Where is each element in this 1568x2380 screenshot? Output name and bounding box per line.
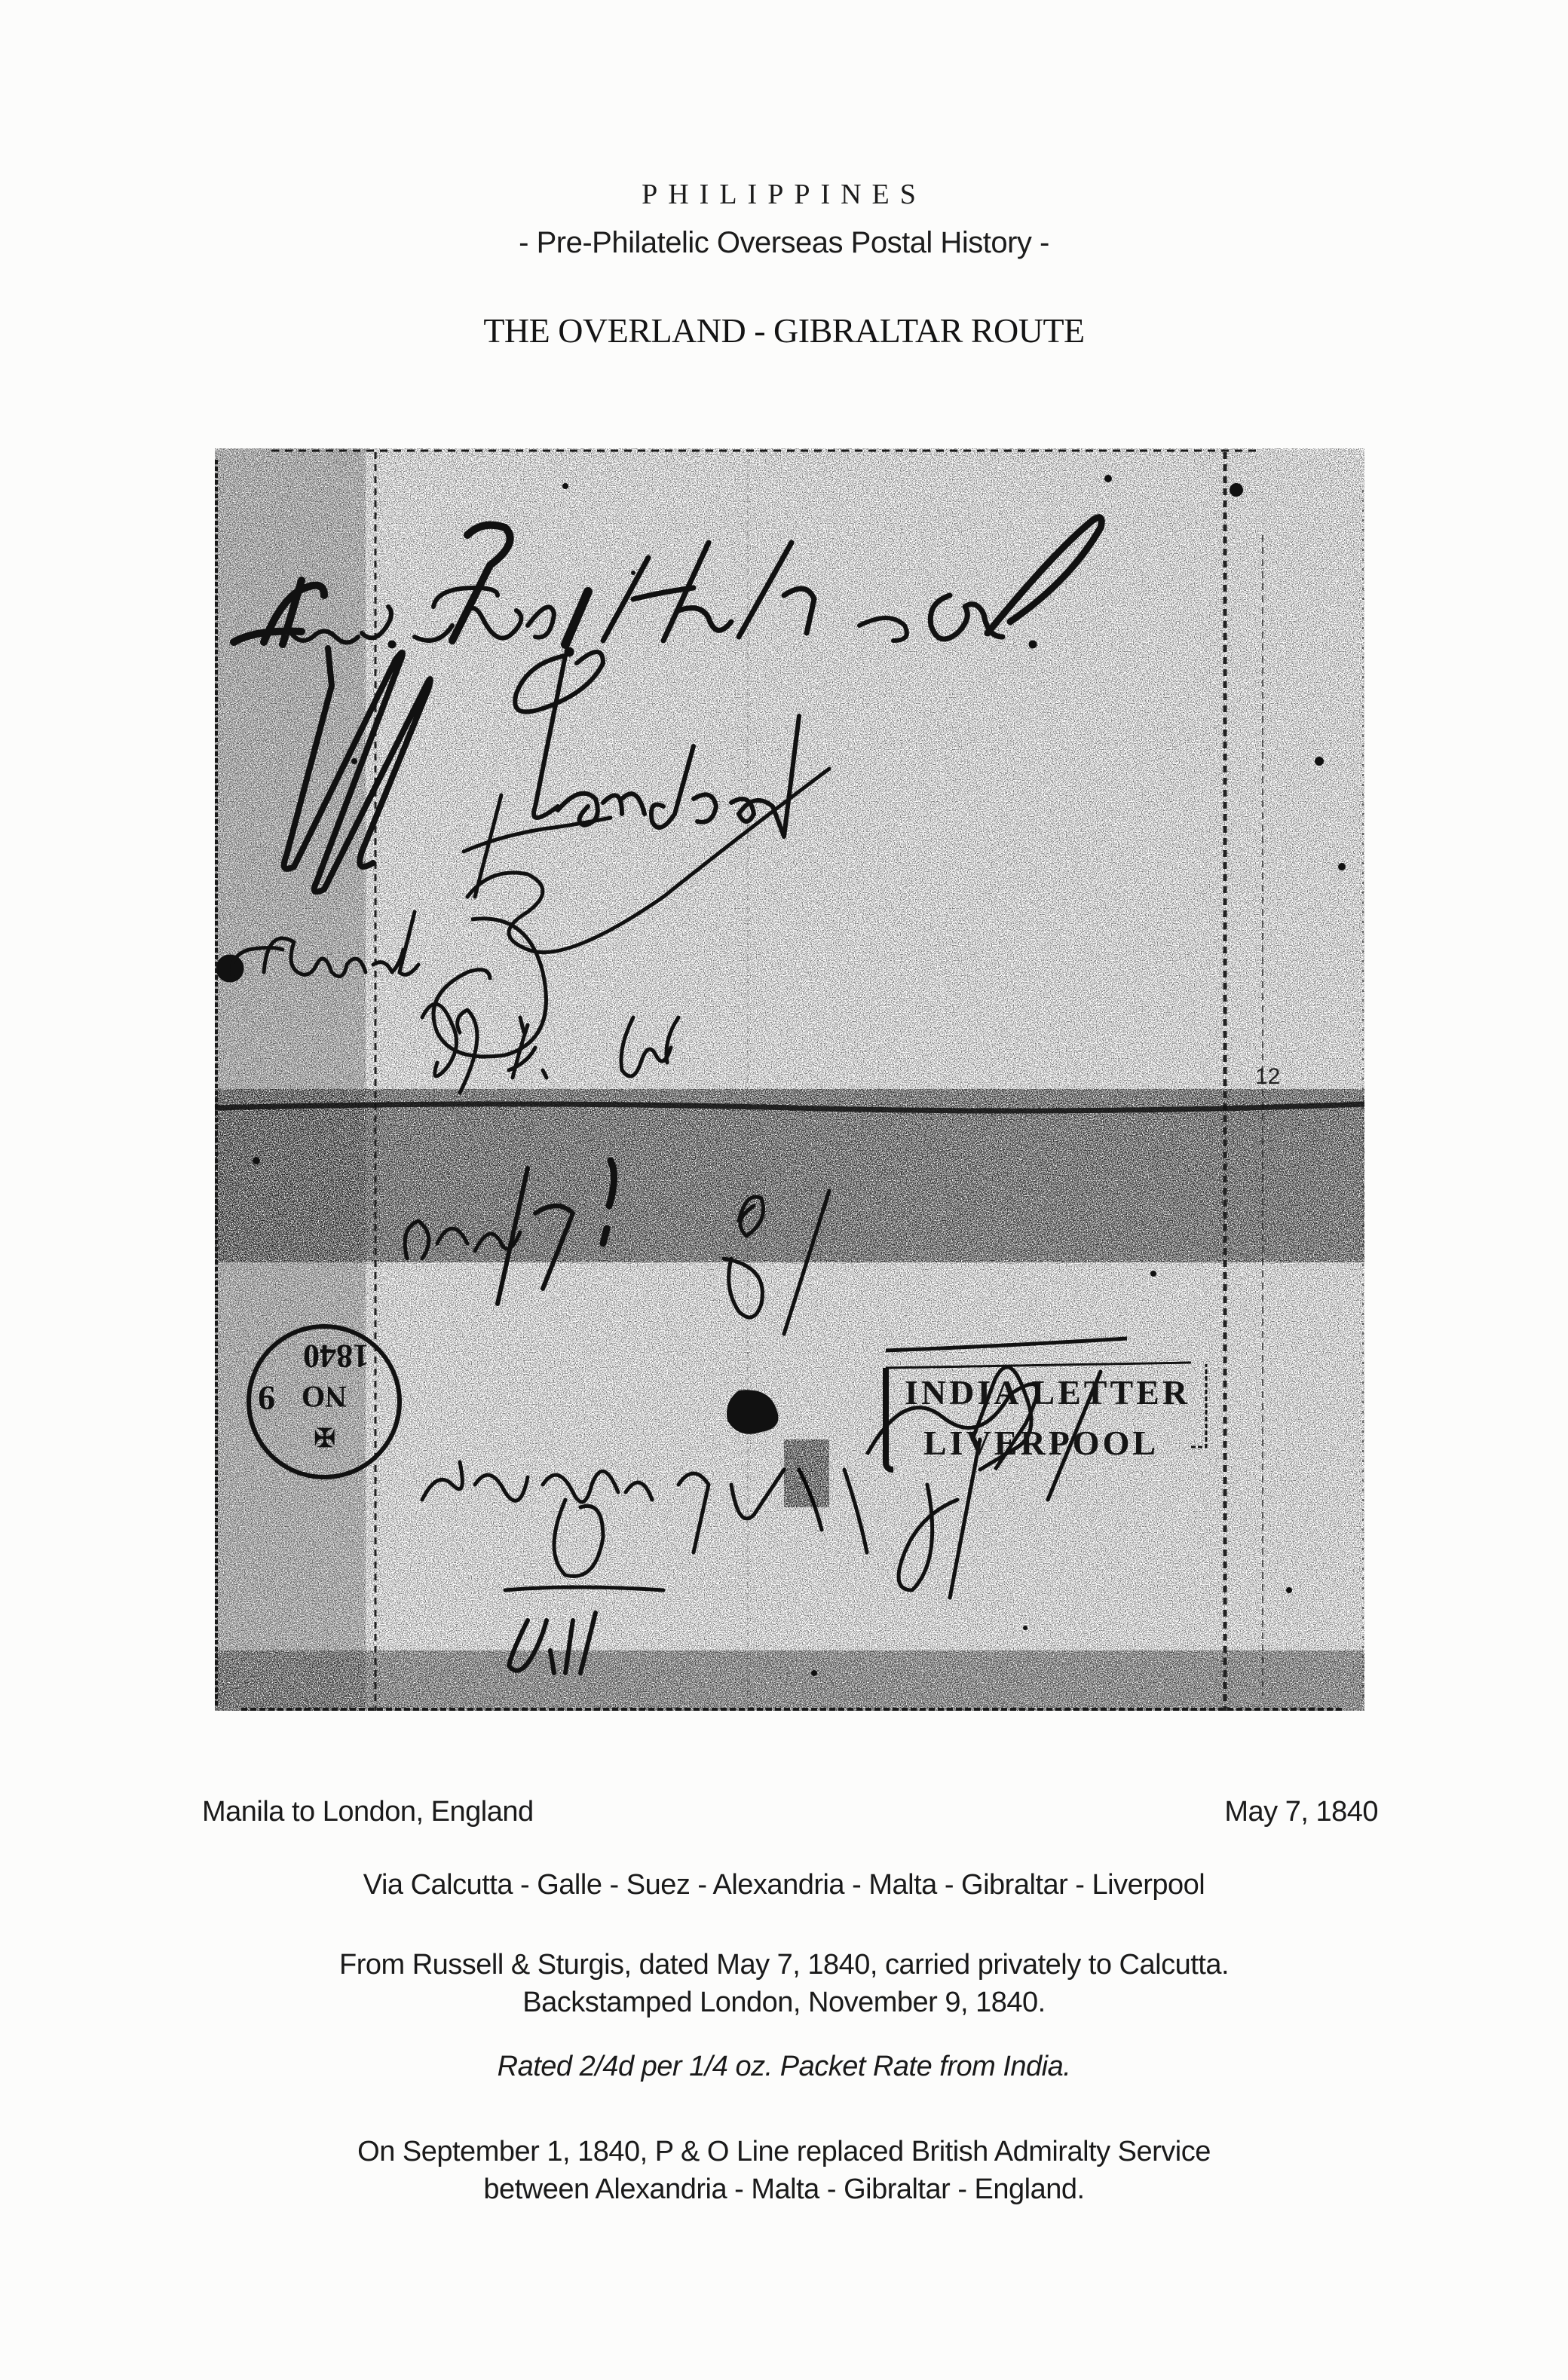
- caption-date: May 7, 1840: [1224, 1796, 1378, 1828]
- page-title-country: PHILIPPINES: [0, 178, 1568, 211]
- caption-origin: From Russell & Sturgis, dated May 7, 184…: [0, 1946, 1568, 2021]
- margin-mark: 12: [1255, 1064, 1280, 1089]
- postmark-day: 9: [258, 1379, 275, 1418]
- caption-note: On September 1, 1840, P & O Line replace…: [0, 2133, 1568, 2208]
- maltese-cross-icon: ✠: [314, 1422, 336, 1450]
- caption-note-line2: between Alexandria - Malta - Gibraltar -…: [0, 2170, 1568, 2208]
- caption-note-line1: On September 1, 1840, P & O Line replace…: [0, 2133, 1568, 2170]
- caption-origin-line2: Backstamped London, November 9, 1840.: [0, 1984, 1568, 2021]
- photocopy-noise: [215, 448, 1364, 1711]
- cover-illustration: 1840 NO 9 ✠ INDIA LETTER LIVERPOOL: [211, 445, 1372, 1718]
- fold-band-noise: [215, 1089, 1364, 1262]
- handstamp-line1: INDIA LETTER: [905, 1373, 1190, 1412]
- caption-via-route: Via Calcutta - Galle - Suez - Alexandria…: [0, 1866, 1568, 1904]
- page-subtitle: - Pre-Philatelic Overseas Postal History…: [0, 226, 1568, 260]
- caption-rate: Rated 2/4d per 1/4 oz. Packet Rate from …: [0, 2048, 1568, 2085]
- cover-photocopy-image: 1840 NO 9 ✠ INDIA LETTER LIVERPOOL: [211, 445, 1372, 1718]
- postmark-month: NO: [302, 1380, 347, 1414]
- exhibit-page: PHILIPPINES - Pre-Philatelic Overseas Po…: [0, 0, 1568, 2380]
- handstamp-line2: LIVERPOOL: [923, 1424, 1159, 1462]
- postmark-year: 1840: [303, 1338, 369, 1375]
- caption-origin-line1: From Russell & Sturgis, dated May 7, 184…: [0, 1946, 1568, 1984]
- caption-route: Manila to London, England: [202, 1796, 534, 1828]
- caption-header-row: Manila to London, England May 7, 1840: [202, 1796, 1378, 1828]
- page-title-route: THE OVERLAND - GIBRALTAR ROUTE: [0, 311, 1568, 350]
